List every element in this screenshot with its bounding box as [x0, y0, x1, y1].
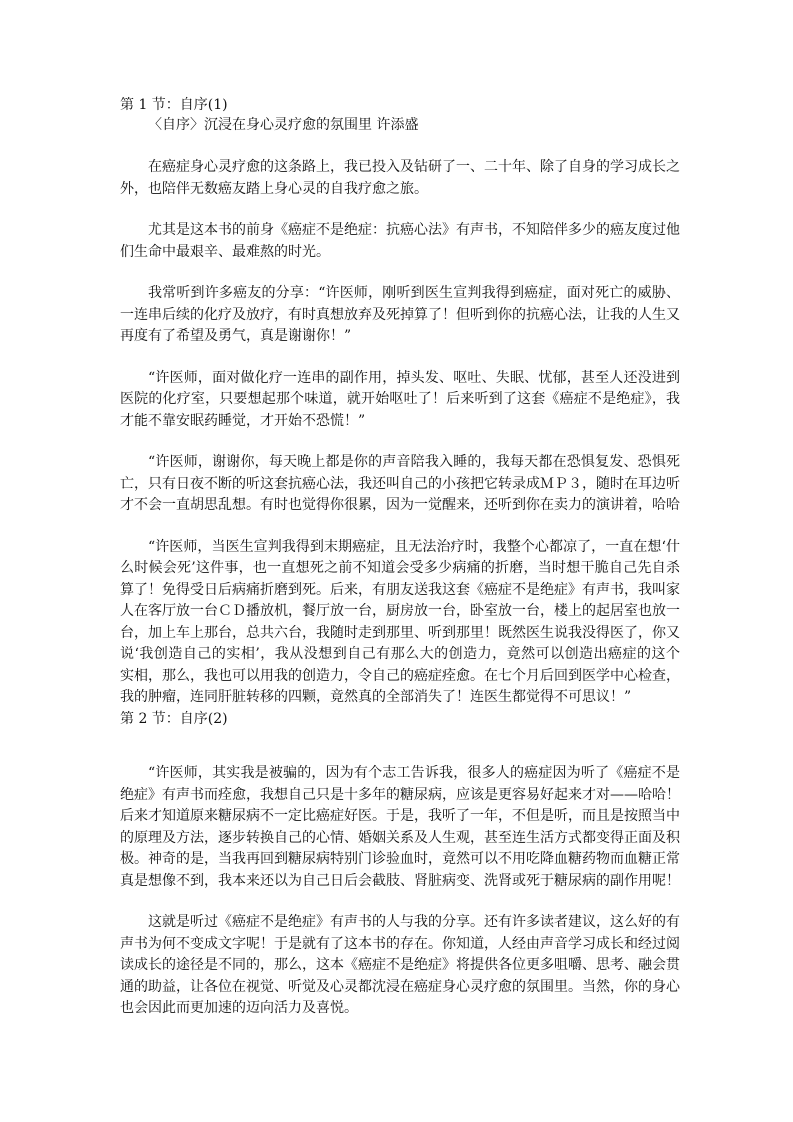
paragraph: 尤其是这本书的前身《癌症不是绝症：抗癌心法》有声书，不知陪伴多少的癌友度过他 们…: [120, 220, 680, 263]
paragraph-line: 实相，那么，我也可以用我的创造力，令自己的癌症痊愈。在七个月后回到医学中心检查，: [120, 666, 680, 688]
paragraph-line: 我常听到许多癌友的分享：“许医师，刚听到医生宣判我得到癌症，面对死亡的威胁、: [120, 283, 680, 305]
paragraph: “许医师，其实我是被骗的，因为有个志工告诉我，很多人的癌症因为听了《癌症不是 绝…: [120, 763, 680, 892]
paragraph: “许医师，当医生宣判我得到末期癌症，且无法治疗时，我整个心都凉了，一直在想‘什 …: [120, 537, 680, 709]
paragraph-line: 极。神奇的是，当我再回到糖尿病特别门诊验血时，竟然可以不用吃降血糖药物而血糖正常…: [120, 849, 680, 871]
paragraph-line: 通的助益，让各位在视觉、听觉及心灵都沈浸在癌症身心灵疗愈的氛围里。当然，你的身心: [120, 977, 680, 999]
paragraph-line: 医院的化疗室，只要想起那个味道，就开始呕吐了！后来听到了这套《癌症不是绝症》，我: [120, 389, 680, 411]
paragraph-line: “许医师，面对做化疗一连串的副作用，掉头发、呕吐、失眠、忧郁，甚至人还没进到: [120, 368, 680, 390]
document-page: 第 1 节：自序(1) 〈自序〉沉浸在身心灵疗愈的氛围里 许添盛 在癌症身心灵疗…: [120, 95, 680, 1020]
paragraph-line: 亡，只有日夜不断的听这套抗癌心法，我还叫自己的小孩把它转录成ＭＰ３，随时在耳边听…: [120, 474, 680, 496]
paragraph-line: 的原理及方法，逐步转换自己的心情、婚姻关系及人生观，甚至连生活方式都变得正面及积: [120, 828, 680, 850]
paragraph-line: 说‘我创造自己的实相’，我从没想到自己有那么大的创造力，竟然可以创造出癌症的这个: [120, 644, 680, 666]
paragraph-line: 也会因此而更加速的迈向活力及喜悦。: [120, 998, 680, 1020]
paragraph-line: 一连串后续的化疗及放疗，有时真想放弃及死掉算了！但听到你的抗癌心法，让我的人生又: [120, 305, 680, 327]
paragraph-line: 台，加上车上那台，总共六台，我随时走到那里、听到那里！既然医生说我没得医了，你又: [120, 623, 680, 645]
paragraph-line: 才不会一直胡思乱想。有时也觉得你很累，因为一觉醒来，还听到你在卖力的演讲着，哈哈…: [120, 495, 680, 517]
paragraph-line: 后来才知道原来糖尿病不一定比癌症好医。于是，我听了一年，不但是听，而且是按照当中: [120, 806, 680, 828]
paragraph-line: 算了！免得受日后病痛折磨到死。后来，有朋友送我这套《癌症不是绝症》有声书，我叫家: [120, 580, 680, 602]
paragraph-line: 才能不靠安眠药睡觉，才开始不恐慌！”: [120, 411, 680, 433]
paragraph-line: 再度有了希望及勇气，真是谢谢你！”: [120, 326, 680, 348]
paragraph-line: 真是想像不到，我本来还以为自己日后会截肢、肾脏病变、洗肾或死于糖尿病的副作用呢！…: [120, 871, 680, 893]
paragraph: 在癌症身心灵疗愈的这条路上，我已投入及钻研了一、二十年、除了自身的学习成长之 外…: [120, 157, 680, 200]
section-2-heading: 第 2 节：自序(2): [120, 709, 680, 731]
paragraph-line: 读成长的途径是不同的，那么，这本《癌症不是绝症》将提供各位更多咀嚼、思考、融会贯: [120, 955, 680, 977]
paragraph-line: 们生命中最艰辛、最难熬的时光。: [120, 242, 680, 264]
section-1-heading: 第 1 节：自序(1): [120, 95, 680, 115]
paragraph-line: “许医师，当医生宣判我得到末期癌症，且无法治疗时，我整个心都凉了，一直在想‘什: [120, 537, 680, 559]
paragraph: “许医师，谢谢你，每天晚上都是你的声音陪我入睡的，我每天都在恐惧复发、恐惧死 亡…: [120, 452, 680, 517]
paragraph: 这就是听过《癌症不是绝症》有声书的人与我的分享。还有许多读者建议，这么好的有 声…: [120, 912, 680, 1020]
paragraph-line: 在癌症身心灵疗愈的这条路上，我已投入及钻研了一、二十年、除了自身的学习成长之: [120, 157, 680, 179]
paragraph-line: “许医师，谢谢你，每天晚上都是你的声音陪我入睡的，我每天都在恐惧复发、恐惧死: [120, 452, 680, 474]
paragraph-line: 我的肿瘤，连同肝脏转移的四颗，竟然真的全部消失了！连医生都觉得不可思议！”: [120, 687, 680, 709]
paragraph-line: 尤其是这本书的前身《癌症不是绝症：抗癌心法》有声书，不知陪伴多少的癌友度过他: [120, 220, 680, 242]
paragraph-line: 外，也陪伴无数癌友踏上身心灵的自我疗愈之旅。: [120, 179, 680, 201]
paragraph: 我常听到许多癌友的分享：“许医师，刚听到医生宣判我得到癌症，面对死亡的威胁、 一…: [120, 283, 680, 348]
preface-subtitle: 〈自序〉沉浸在身心灵疗愈的氛围里 许添盛: [120, 115, 680, 135]
paragraph: “许医师，面对做化疗一连串的副作用，掉头发、呕吐、失眠、忧郁，甚至人还没进到 医…: [120, 368, 680, 433]
paragraph-line: 这就是听过《癌症不是绝症》有声书的人与我的分享。还有许多读者建议，这么好的有: [120, 912, 680, 934]
paragraph-line: 么时候会死’这件事，也一直想死之前不知道会受多少病痛的折磨，当时想干脆自己先自杀: [120, 558, 680, 580]
paragraph-line: 绝症》有声书而痊愈，我想自己只是十多年的糖尿病，应该是更容易好起来才对——哈哈！: [120, 785, 680, 807]
paragraph-line: 声书为何不变成文字呢！于是就有了这本书的存在。你知道，人经由声音学习成长和经过阅: [120, 934, 680, 956]
paragraph-line: 人在客厅放一台ＣＤ播放机，餐厅放一台，厨房放一台，卧室放一台，楼上的起居室也放一: [120, 601, 680, 623]
paragraph-line: “许医师，其实我是被骗的，因为有个志工告诉我，很多人的癌症因为听了《癌症不是: [120, 763, 680, 785]
